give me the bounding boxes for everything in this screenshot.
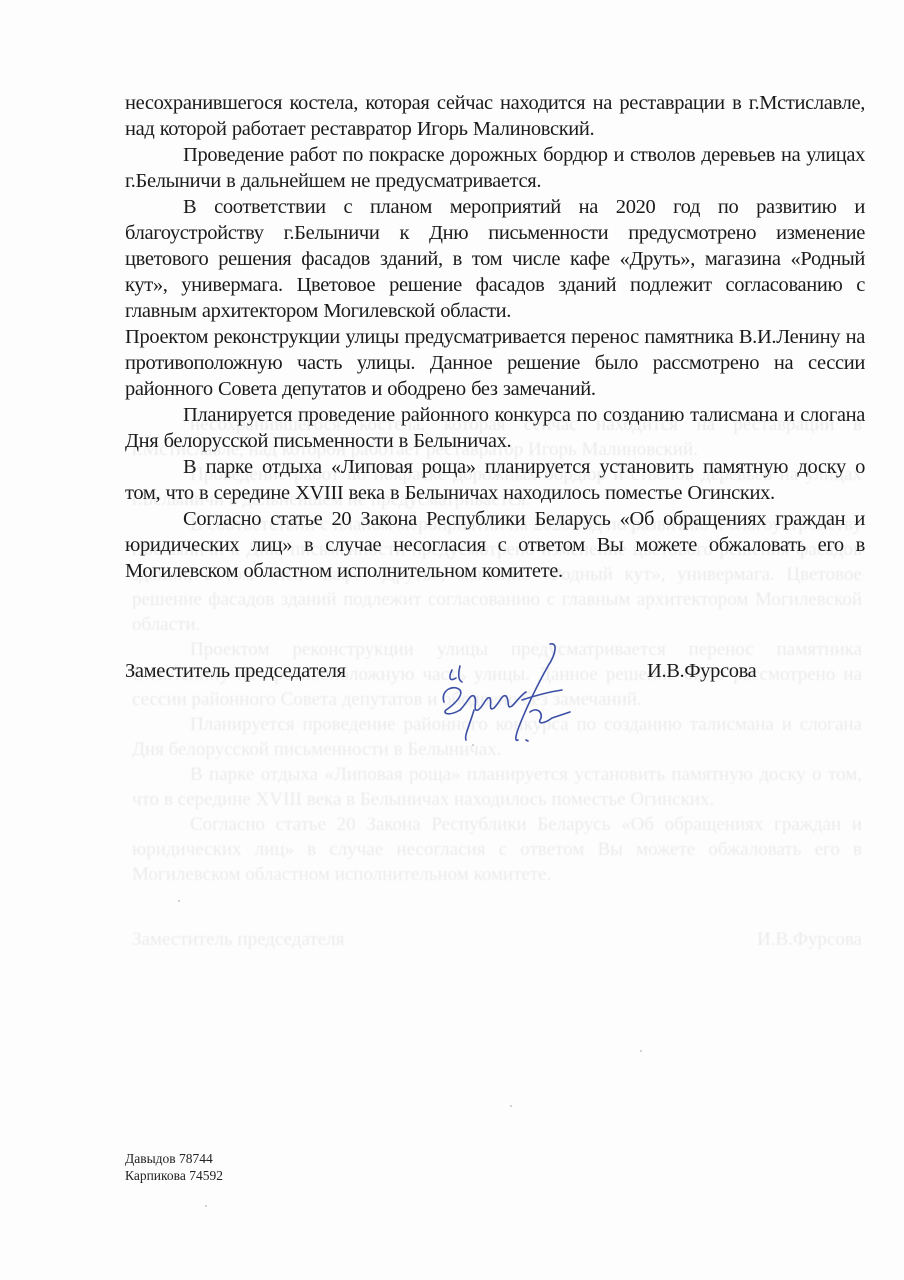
signature-block: Заместитель председателя И.В.Фурсова (125, 648, 865, 748)
scan-speck (640, 1050, 642, 1052)
paragraph-restoration: несохранившегося костела, которая сейчас… (125, 90, 865, 142)
scan-speck (178, 900, 180, 902)
paragraph-facade-plan: В соответствии с планом мероприятий на 2… (125, 194, 865, 324)
ghost-paragraph: Согласно статье 20 Закона Республики Бел… (132, 812, 862, 887)
document-page: несохранившегося костела, которая сейчас… (0, 0, 904, 1280)
contact-line: Давыдов 78744 (125, 1150, 223, 1167)
signer-name: И.В.Фурсова (647, 660, 756, 683)
contact-list: Давыдов 78744 Карпикова 74592 (125, 1150, 223, 1184)
ghost-signature-row: Заместитель председателя И.В.Фурсова (132, 927, 862, 952)
signer-title: Заместитель председателя (125, 660, 346, 683)
ghost-signer-name: И.В.Фурсова (757, 927, 862, 952)
scan-speck (472, 744, 474, 746)
scan-speck (205, 1205, 207, 1207)
ghost-signer-title: Заместитель председателя (132, 927, 344, 952)
ghost-paragraph: В парке отдыха «Липовая роща» планируетс… (132, 762, 862, 812)
scan-speck (510, 1105, 512, 1107)
contact-line: Карпикова 74592 (125, 1167, 223, 1184)
paragraph-appeal-rights: Согласно статье 20 Закона Республики Бел… (125, 506, 865, 584)
paragraph-lenin-monument: Проектом реконструкции улицы предусматри… (125, 324, 865, 402)
paragraph-memorial-plaque: В парке отдыха «Липовая роща» планируетс… (125, 454, 865, 506)
handwritten-signature-icon (430, 640, 580, 750)
letter-body: несохранившегося костела, которая сейчас… (125, 90, 865, 584)
paragraph-curb-painting: Проведение работ по покраске дорожных бо… (125, 142, 865, 194)
paragraph-mascot-contest: Планируется проведение районного конкурс… (125, 402, 865, 454)
